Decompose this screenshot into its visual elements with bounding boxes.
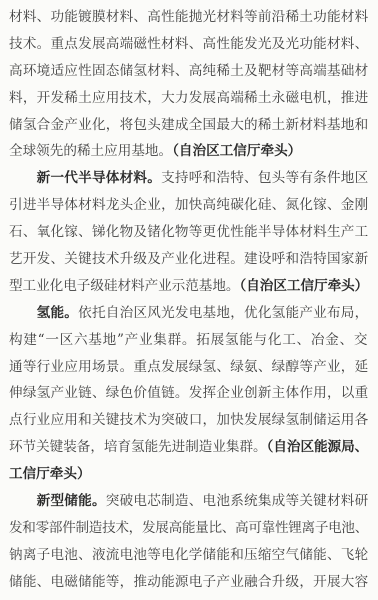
text-line: 材料、功能镀膜材料、高性能抛光材料等前沿稀土功能材料 bbox=[9, 4, 368, 31]
text-line-content: 石、氧化镓、锑化物及锗化物等更优性能半导体材料生产工 bbox=[9, 219, 368, 246]
text-line: 技术。重点发展高端磁性材料、高性能发光及光功能材料、 bbox=[9, 31, 368, 58]
body-text-segment: 储氢合金产业化，将包头建成全国最大的稀土新材料基地和 bbox=[9, 117, 368, 133]
body-text-segment bbox=[9, 170, 37, 186]
body-text-segment: 石、氧化镓、锑化物及锗化物等更优性能半导体材料生产工 bbox=[9, 224, 368, 240]
text-line: 钠离子电池、液流电池等电化学储能和压缩空气储能、飞轮 bbox=[9, 542, 368, 569]
body-text-segment: 型工业化电子级硅材料产业示范基地。 bbox=[9, 278, 239, 294]
body-text-segment: 伸绿氢产业链、绿色价值链。发挥企业创新主体作用，以重 bbox=[9, 385, 368, 401]
text-line-content: 发和零部件制造技术，发展高能量比、高可靠性锂离子电池、 bbox=[9, 515, 368, 542]
text-line-content: 料，开发稀土应用技术，大力发展高端稀土永磁电机，推进 bbox=[9, 85, 368, 112]
text-line: 伸绿氢产业链、绿色价值链。发挥企业创新主体作用，以重 bbox=[9, 380, 368, 407]
text-line: 储氢合金产业化，将包头建成全国最大的稀土新材料基地和 bbox=[9, 112, 368, 139]
text-line-content: 通等行业应用场景。重点发展绿氢、绿氨、绿醇等产业，延 bbox=[9, 354, 368, 381]
body-text-segment: 支持呼和浩特、包头等有条件地区 bbox=[161, 170, 368, 186]
text-line-content: 材料、功能镀膜材料、高性能抛光材料等前沿稀土功能材料 bbox=[9, 4, 368, 31]
text-line: 全球领先的稀土应用基地。（自治区工信厅牵头） bbox=[9, 138, 368, 165]
body-text-segment: 发和零部件制造技术，发展高能量比、高可靠性锂离子电池、 bbox=[9, 520, 368, 536]
body-text-segment: 技术。重点发展高端磁性材料、高性能发光及光功能材料、 bbox=[9, 36, 368, 52]
body-text-segment: 艺开发、关键技术升级及产业化进程。建设呼和浩特国家新 bbox=[9, 251, 368, 267]
text-line: 点行业应用和关键技术为突破口，加快发展绿氢制储运用各 bbox=[9, 407, 368, 434]
body-text-segment bbox=[9, 305, 37, 321]
text-line: 发和零部件制造技术，发展高能量比、高可靠性锂离子电池、 bbox=[9, 515, 368, 542]
text-line-content: 高环境适应性固态储氢材料、高纯稀土及靶材等高端基础材 bbox=[9, 58, 368, 85]
bold-text-segment: 新一代半导体材料。 bbox=[37, 170, 161, 186]
body-text-segment: 突破电芯制造、电池系统集成等关键材料研 bbox=[106, 493, 369, 509]
text-line-content: 环节关键装备，培育氢能先进制造业集群。（自治区能源局、 bbox=[9, 434, 368, 461]
body-text-segment: 构建“一区六基地”产业集群。拓展氢能与化工、冶金、交 bbox=[9, 332, 368, 348]
text-line-content: 构建“一区六基地”产业集群。拓展氢能与化工、冶金、交 bbox=[9, 327, 368, 354]
text-line: 环节关键装备，培育氢能先进制造业集群。（自治区能源局、 bbox=[9, 434, 368, 461]
text-line: 新一代半导体材料。支持呼和浩特、包头等有条件地区 bbox=[9, 165, 368, 192]
text-line: 氢能。依托自治区风光发电基地，优化氢能产业布局， bbox=[9, 300, 368, 327]
text-line-content: 工信厅牵头） bbox=[9, 461, 91, 488]
text-line-content: 型工业化电子级硅材料产业示范基地。（自治区工信厅牵头） bbox=[9, 273, 368, 300]
text-line-content: 伸绿氢产业链、绿色价值链。发挥企业创新主体作用，以重 bbox=[9, 380, 368, 407]
bold-text-segment: 工信厅牵头） bbox=[9, 466, 91, 482]
text-line-content: 氢能。依托自治区风光发电基地，优化氢能产业布局， bbox=[9, 300, 368, 327]
body-text-segment: 材料、功能镀膜材料、高性能抛光材料等前沿稀土功能材料 bbox=[9, 9, 368, 25]
text-line-content: 新型储能。突破电芯制造、电池系统集成等关键材料研 bbox=[9, 488, 368, 515]
bold-text-segment: 新型储能。 bbox=[37, 493, 106, 509]
body-text-segment: 引进半导体材料龙头企业，加快高纯碳化硅、氮化镓、金刚 bbox=[9, 197, 368, 213]
text-line-content: 储能、电磁储能等，推动能源电子产业融合升级，开展大容 bbox=[9, 569, 368, 596]
text-line-content: 点行业应用和关键技术为突破口，加快发展绿氢制储运用各 bbox=[9, 407, 368, 434]
body-text-segment: 料，开发稀土应用技术，大力发展高端稀土永磁电机，推进 bbox=[9, 90, 368, 106]
body-text-segment: 储能、电磁储能等，推动能源电子产业融合升级，开展大容 bbox=[9, 574, 368, 590]
text-line-content: 技术。重点发展高端磁性材料、高性能发光及光功能材料、 bbox=[9, 31, 368, 58]
document-page: 材料、功能镀膜材料、高性能抛光材料等前沿稀土功能材料技术。重点发展高端磁性材料、… bbox=[0, 0, 378, 600]
body-text-segment: 全球领先的稀土应用基地。 bbox=[9, 143, 172, 159]
bold-text-segment: （自治区工信厅牵头） bbox=[239, 278, 368, 294]
bold-text-segment: （自治区工信厅牵头） bbox=[172, 143, 301, 159]
text-line: 料，开发稀土应用技术，大力发展高端稀土永磁电机，推进 bbox=[9, 85, 368, 112]
text-line: 石、氧化镓、锑化物及锗化物等更优性能半导体材料生产工 bbox=[9, 219, 368, 246]
body-text-segment bbox=[9, 493, 37, 509]
text-line-content: 钠离子电池、液流电池等电化学储能和压缩空气储能、飞轮 bbox=[9, 542, 368, 569]
text-line: 艺开发、关键技术升级及产业化进程。建设呼和浩特国家新 bbox=[9, 246, 368, 273]
text-line: 工信厅牵头） bbox=[9, 461, 368, 488]
body-text-segment: 钠离子电池、液流电池等电化学储能和压缩空气储能、飞轮 bbox=[9, 547, 368, 563]
body-text-segment: 高环境适应性固态储氢材料、高纯稀土及靶材等高端基础材 bbox=[9, 63, 368, 79]
text-line: 储能、电磁储能等，推动能源电子产业融合升级，开展大容 bbox=[9, 569, 368, 596]
body-text-segment: 通等行业应用场景。重点发展绿氢、绿氨、绿醇等产业，延 bbox=[9, 359, 368, 375]
bold-text-segment: 氢能。 bbox=[37, 305, 78, 321]
body-text-segment: 环节关键装备，培育氢能先进制造业集群。 bbox=[9, 439, 267, 455]
text-line: 型工业化电子级硅材料产业示范基地。（自治区工信厅牵头） bbox=[9, 273, 368, 300]
text-line-content: 新一代半导体材料。支持呼和浩特、包头等有条件地区 bbox=[9, 165, 368, 192]
text-line: 通等行业应用场景。重点发展绿氢、绿氨、绿醇等产业，延 bbox=[9, 354, 368, 381]
text-line: 构建“一区六基地”产业集群。拓展氢能与化工、冶金、交 bbox=[9, 327, 368, 354]
text-line-content: 艺开发、关键技术升级及产业化进程。建设呼和浩特国家新 bbox=[9, 246, 368, 273]
text-line-content: 引进半导体材料龙头企业，加快高纯碳化硅、氮化镓、金刚 bbox=[9, 192, 368, 219]
text-line-content: 储氢合金产业化，将包头建成全国最大的稀土新材料基地和 bbox=[9, 112, 368, 139]
text-line: 新型储能。突破电芯制造、电池系统集成等关键材料研 bbox=[9, 488, 368, 515]
body-text-segment: 依托自治区风光发电基地，优化氢能产业布局， bbox=[78, 305, 368, 321]
text-line: 高环境适应性固态储氢材料、高纯稀土及靶材等高端基础材 bbox=[9, 58, 368, 85]
bold-text-segment: （自治区能源局、 bbox=[267, 439, 369, 455]
text-line-content: 全球领先的稀土应用基地。（自治区工信厅牵头） bbox=[9, 138, 301, 165]
text-line: 引进半导体材料龙头企业，加快高纯碳化硅、氮化镓、金刚 bbox=[9, 192, 368, 219]
body-text-segment: 点行业应用和关键技术为突破口，加快发展绿氢制储运用各 bbox=[9, 412, 368, 428]
